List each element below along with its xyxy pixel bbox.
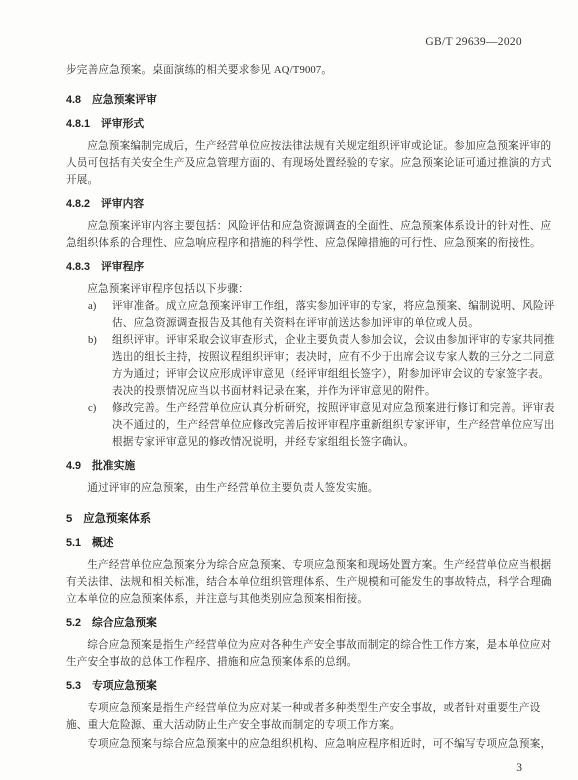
section-title: 应急预案体系 <box>83 513 151 525</box>
text-line: 应急预案编制完成后，生产经营单位应按法律法规有关规定组织评审或论证。参加应急预案… <box>66 138 516 155</box>
section-heading: 4.8应急预案评审 <box>66 92 516 109</box>
section-number: 5.3 <box>66 680 81 692</box>
list-item-text: 组织评审。评审采取会议审查形式，企业主要负责人参加会议，会议由参加评审的专家共同… <box>112 332 555 400</box>
text-line: 有关法律、法规和相关标准，结合本单位组织管理体系、生产规模和可能发生的事故特点，… <box>66 574 516 591</box>
section-title: 评审形式 <box>101 118 144 130</box>
section-heading: 5.1概述 <box>66 535 516 552</box>
section-number: 4.8.1 <box>66 118 90 130</box>
section-number: 5 <box>66 513 72 525</box>
paragraph: 应急预案评审内容主要包括：风险评估和应急资源调查的全面性、应急预案体系设计的针对… <box>66 218 516 252</box>
text-line: 方为通过；评审会议应形成评审意见（经评审组组长签字），附参加评审会议的专家签字表… <box>112 366 555 383</box>
text-line: 估、应急资源调查报告及其他有关资料在评审前送达参加评审的单位或人员。 <box>112 315 555 332</box>
section-title: 概述 <box>92 537 114 549</box>
text-line: 修改完善。生产经营单位应认真分析研究，按照评审意见对应急预案进行修订和完善。评审… <box>112 400 555 417</box>
text-line: 组织评审。评审采取会议审查形式，企业主要负责人参加会议，会议由参加评审的专家共同… <box>112 332 555 349</box>
section-heading: 5应急预案体系 <box>66 511 516 528</box>
section-title: 批准实施 <box>92 460 135 472</box>
list-item-label: c) <box>88 400 112 451</box>
text-line: 施、重大危险源、重大活动防止生产安全事故而制定的专项工作方案。 <box>66 717 516 734</box>
document-page: GB/T 29639—2020 步完善应急预案。桌面演练的相关要求参见 AQ/T… <box>0 0 578 780</box>
section-title: 评审内容 <box>101 198 144 210</box>
text-line: 表决的投票情况应当以书面材料记录在案，并作为评审意见的附件。 <box>112 383 555 400</box>
text-line: 急组织体系的合理性、应急响应程序和措施的科学性、应急保障措施的可行性、应急预案的… <box>66 235 516 252</box>
paragraph: 应急预案评审程序包括以下步骤： <box>66 281 516 298</box>
list-item: b)组织评审。评审采取会议审查形式，企业主要负责人参加会议，会议由参加评审的专家… <box>66 332 516 400</box>
text-line: 选出的组长主持，按照议程组织评审；表决时，应有不少于出席会议专家人数的三分之二同… <box>112 349 555 366</box>
page-number: 3 <box>516 762 522 774</box>
text-line: 生产安全事故的总体工作程序、措施和应急预案体系的总纲。 <box>66 654 516 671</box>
text-line: 立本单位的应急预案体系，并注意与其他类别应急预案相衔接。 <box>66 591 516 608</box>
section-number: 4.9 <box>66 460 81 472</box>
section-number: 5.2 <box>66 617 81 629</box>
text-line: 应急预案评审程序包括以下步骤： <box>66 281 516 298</box>
text-line: 专项应急预案与综合应急预案中的应急组织机构、应急响应程序相近时，可不编写专项应急… <box>66 736 516 753</box>
text-line: 应急预案评审内容主要包括：风险评估和应急资源调查的全面性、应急预案体系设计的针对… <box>66 218 516 235</box>
ordered-list: a)评审准备。成立应急预案评审工作组，落实参加评审的专家，将应急预案、编制说明、… <box>66 298 516 451</box>
text-line: 根据专家评审意见的修改情况说明，并经专家组组长签字确认。 <box>112 434 555 451</box>
paragraph: 专项应急预案是指生产经营单位为应对某一种或者多种类型生产安全事故，或者针对重要生… <box>66 700 516 734</box>
text-line: 步完善应急预案。桌面演练的相关要求参见 AQ/T9007。 <box>66 62 516 79</box>
paragraph: 综合应急预案是指生产经营单位为应对各种生产安全事故而制定的综合性工作方案，是本单… <box>66 637 516 671</box>
list-item: a)评审准备。成立应急预案评审工作组，落实参加评审的专家，将应急预案、编制说明、… <box>66 298 516 332</box>
text-line: 人员可包括有关安全生产及应急管理方面的、有现场处置经验的专家。应急预案论证可通过… <box>66 155 516 172</box>
section-heading: 4.8.1评审形式 <box>66 116 516 133</box>
section-number: 5.1 <box>66 537 81 549</box>
text-line: 综合应急预案是指生产经营单位为应对各种生产安全事故而制定的综合性工作方案，是本单… <box>66 637 516 654</box>
section-heading: 5.3专项应急预案 <box>66 678 516 695</box>
section-number: 4.8 <box>66 94 81 106</box>
section-heading: 5.2综合应急预案 <box>66 615 516 632</box>
section-title: 综合应急预案 <box>92 617 157 629</box>
paragraph: 专项应急预案与综合应急预案中的应急组织机构、应急响应程序相近时，可不编写专项应急… <box>66 736 516 753</box>
section-title: 评审程序 <box>101 261 144 273</box>
text-line: 评审准备。成立应急预案评审工作组，落实参加评审的专家，将应急预案、编制说明、风险… <box>112 298 555 315</box>
section-heading: 4.8.2评审内容 <box>66 196 516 213</box>
text-line: 通过评审的应急预案，由生产经营单位主要负责人签发实施。 <box>66 480 516 497</box>
section-heading: 4.9批准实施 <box>66 458 516 475</box>
text-line: 专项应急预案是指生产经营单位为应对某一种或者多种类型生产安全事故，或者针对重要生… <box>66 700 516 717</box>
continued-paragraph: 步完善应急预案。桌面演练的相关要求参见 AQ/T9007。 <box>66 62 516 79</box>
section-title: 应急预案评审 <box>92 94 157 106</box>
list-item-label: b) <box>88 332 112 400</box>
paragraph: 通过评审的应急预案，由生产经营单位主要负责人签发实施。 <box>66 480 516 497</box>
section-number: 4.8.3 <box>66 261 90 273</box>
paragraph: 生产经营单位应急预案分为综合应急预案、专项应急预案和现场处置方案。生产经营单位应… <box>66 557 516 608</box>
list-item-text: 评审准备。成立应急预案评审工作组，落实参加评审的专家，将应急预案、编制说明、风险… <box>112 298 555 332</box>
list-item-text: 修改完善。生产经营单位应认真分析研究，按照评审意见对应急预案进行修订和完善。评审… <box>112 400 555 451</box>
list-item-label: a) <box>88 298 112 332</box>
list-item: c)修改完善。生产经营单位应认真分析研究，按照评审意见对应急预案进行修订和完善。… <box>66 400 516 451</box>
text-line: 生产经营单位应急预案分为综合应急预案、专项应急预案和现场处置方案。生产经营单位应… <box>66 557 516 574</box>
section-number: 4.8.2 <box>66 198 90 210</box>
text-line: 开展。 <box>66 172 516 189</box>
section-heading: 4.8.3评审程序 <box>66 259 516 276</box>
text-line: 决不通过的，生产经营单位应修改完善后按评审程序重新组织专家评审，生产经营单位应写… <box>112 417 555 434</box>
document-body: 步完善应急预案。桌面演练的相关要求参见 AQ/T9007。4.8应急预案评审4.… <box>66 0 516 753</box>
paragraph: 应急预案编制完成后，生产经营单位应按法律法规有关规定组织评审或论证。参加应急预案… <box>66 138 516 189</box>
section-title: 专项应急预案 <box>92 680 157 692</box>
